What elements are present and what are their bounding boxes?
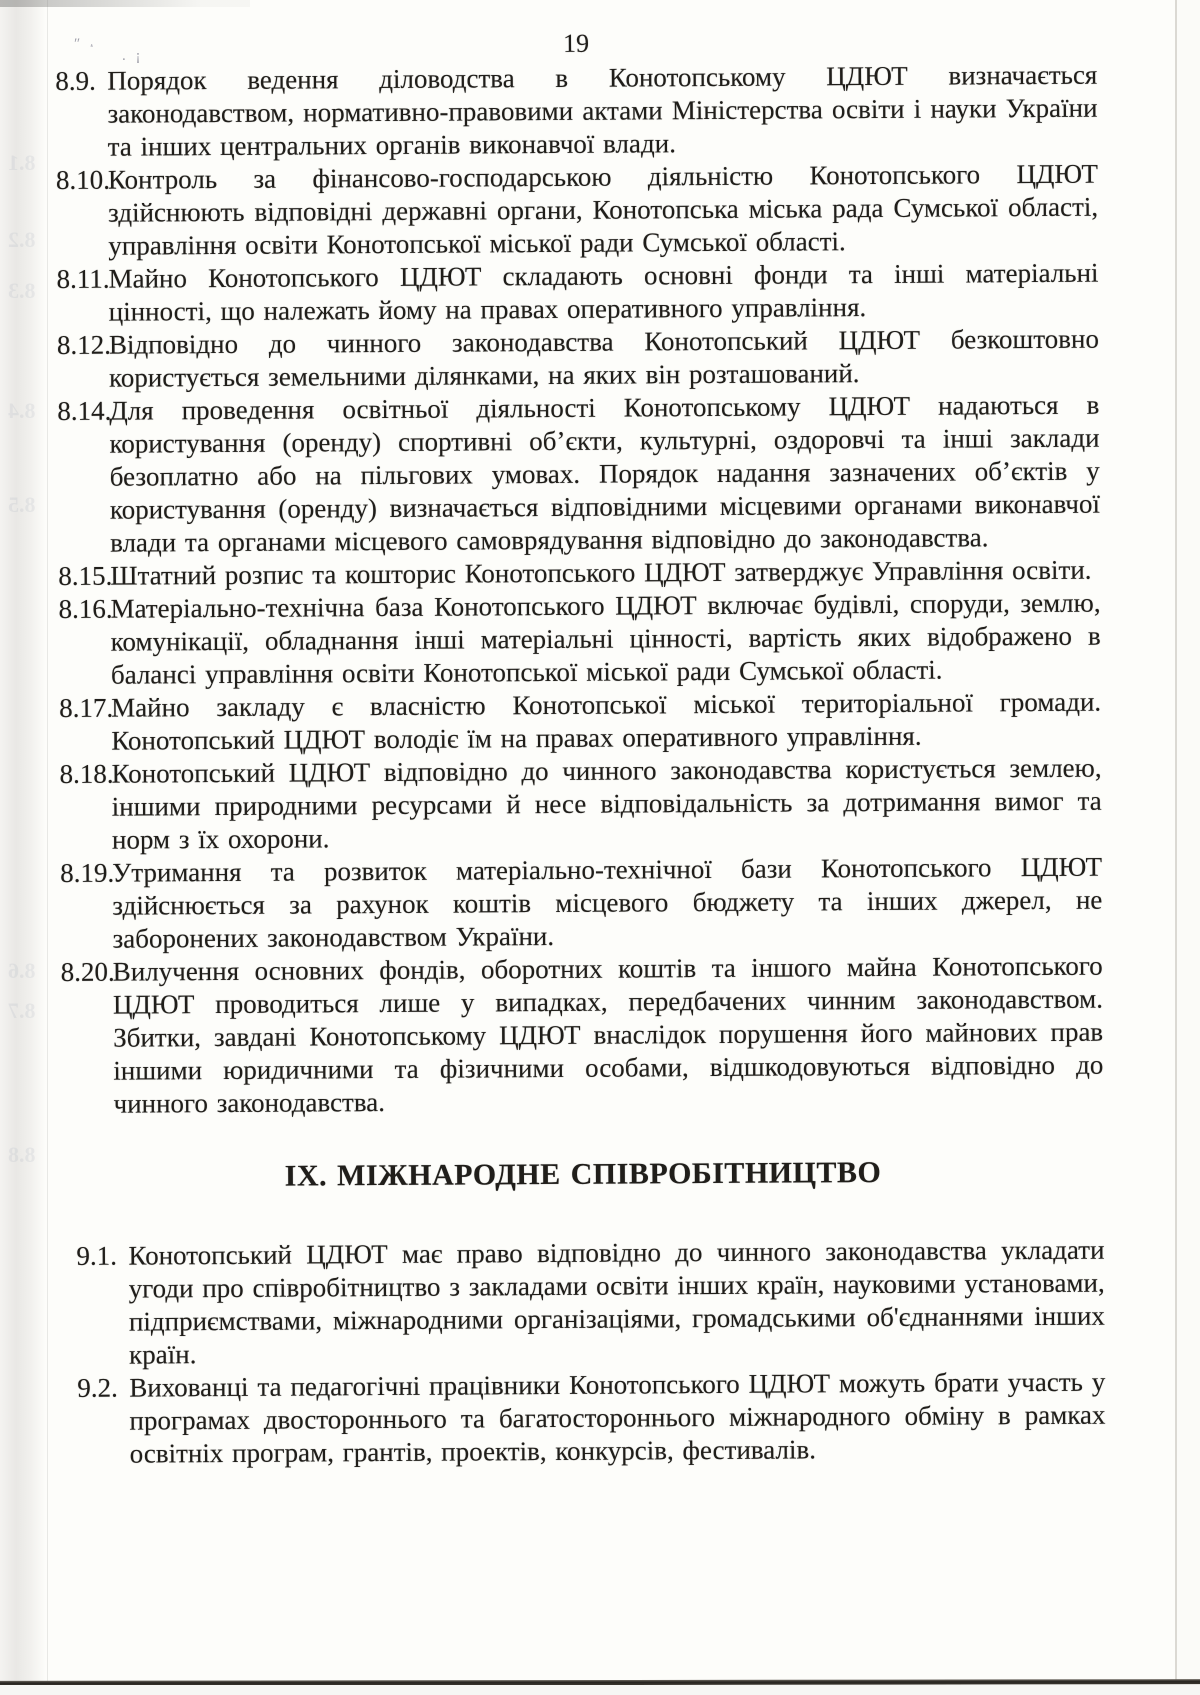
paragraph-9-2: 9.2. Вихованці та педагогічні працівники…: [77, 1366, 1106, 1471]
bleedthrough-number: 8.6: [8, 958, 36, 984]
paragraph-number: 9.1.: [76, 1240, 129, 1372]
paragraph-8-9: 8.9. Порядок ведення діловодства в Конот…: [55, 59, 1098, 164]
paragraph-8-18: 8.18. Конотопський ЦДЮТ відповідно до чи…: [59, 752, 1102, 857]
paragraph-text: Вихованці та педагогічні працівники Коно…: [129, 1366, 1106, 1471]
document-body: 19 8.9. Порядок ведення діловодства в Ко…: [55, 24, 1106, 1471]
bleedthrough-number: 8.2: [8, 227, 36, 253]
left-scan-edge: [0, 0, 46, 1695]
paragraph-text: Майно закладу є власністю Конотопської м…: [111, 686, 1101, 758]
paragraph-text: Для проведення освітньої діяльності Коно…: [109, 389, 1100, 560]
paragraph-text: Майно Конотопського ЦДЮТ складають основ…: [108, 257, 1098, 329]
paragraph-text: Матеріально-технічна база Конотопського …: [110, 587, 1101, 692]
bleedthrough-number: 8.4: [8, 398, 36, 424]
paragraph-number: 8.9.: [55, 65, 108, 164]
paragraph-text: Утримання та розвиток матеріально-техніч…: [112, 851, 1103, 956]
paragraph-number: 8.12.: [57, 329, 109, 395]
paragraph-number: 8.16.: [58, 593, 111, 692]
paragraph-8-17: 8.17. Майно закладу є власністю Конотопс…: [59, 686, 1101, 758]
bleedthrough-number: 8.3: [8, 278, 36, 304]
paragraph-text: Вилучення основних фондів, оборотних кош…: [113, 950, 1104, 1121]
bleedthrough-number: 8.8: [8, 1142, 36, 1168]
paragraph-number: 8.15.: [58, 560, 110, 593]
paragraph-number: 8.11.: [56, 263, 108, 329]
paragraph-8-12: 8.12. Відповідно до чинного законодавств…: [57, 323, 1099, 395]
paragraph-number: 8.10.: [56, 164, 109, 263]
paragraph-text: Порядок ведення діловодства в Конотопськ…: [107, 59, 1098, 164]
paragraph-8-16: 8.16. Матеріально-технічна база Конотопс…: [58, 587, 1101, 692]
paragraph-text: Відповідно до чинного законодавства Коно…: [109, 323, 1099, 395]
top-scan-smudge: [0, 0, 250, 7]
scanner-background: [0, 1685, 1200, 1695]
paragraph-9-1: 9.1. Конотопський ЦДЮТ має право відпові…: [76, 1234, 1105, 1372]
page-number: 19: [55, 24, 1097, 63]
paragraph-number: 8.20.: [61, 956, 114, 1121]
paragraph-number: 8.18.: [59, 758, 112, 857]
paragraph-number: 8.19.: [60, 857, 113, 956]
paragraph-text: Конотопський ЦДЮТ відповідно до чинного …: [111, 752, 1102, 857]
paragraph-text: Контроль за фінансово-господарською діял…: [108, 158, 1099, 263]
paragraph-number: 9.2.: [77, 1372, 130, 1471]
bleedthrough-number: 8.1: [8, 150, 36, 176]
paragraph-number: 8.14.: [57, 395, 110, 560]
paragraph-8-19: 8.19. Утримання та розвиток матеріально-…: [60, 851, 1103, 956]
paragraph-text: Конотопський ЦДЮТ має право відповідно д…: [128, 1234, 1105, 1372]
paragraph-8-14: 8.14. Для проведення освітньої діяльност…: [57, 389, 1100, 560]
paragraph-number: 8.17.: [59, 692, 111, 758]
paragraph-8-20: 8.20. Вилучення основних фондів, оборотн…: [61, 950, 1104, 1121]
paragraph-8-10: 8.10. Контроль за фінансово-господарсько…: [56, 158, 1099, 263]
right-scan-margin: [1177, 0, 1200, 1683]
section-9-heading: IX. МІЖНАРОДНЕ СПІВРОБІТНИЦТВО: [62, 1155, 1104, 1194]
bleedthrough-number: 8.5: [8, 492, 36, 518]
scanned-page: 8.1 8.2 8.3 8.4 8.5 8.6 8.7 8.8 ʺ ˔ . ¡ …: [0, 0, 1200, 1695]
left-crease-line: [47, 0, 48, 1695]
paragraph-8-11: 8.11. Майно Конотопського ЦДЮТ складають…: [56, 257, 1098, 329]
bleedthrough-number: 8.7: [8, 998, 36, 1024]
